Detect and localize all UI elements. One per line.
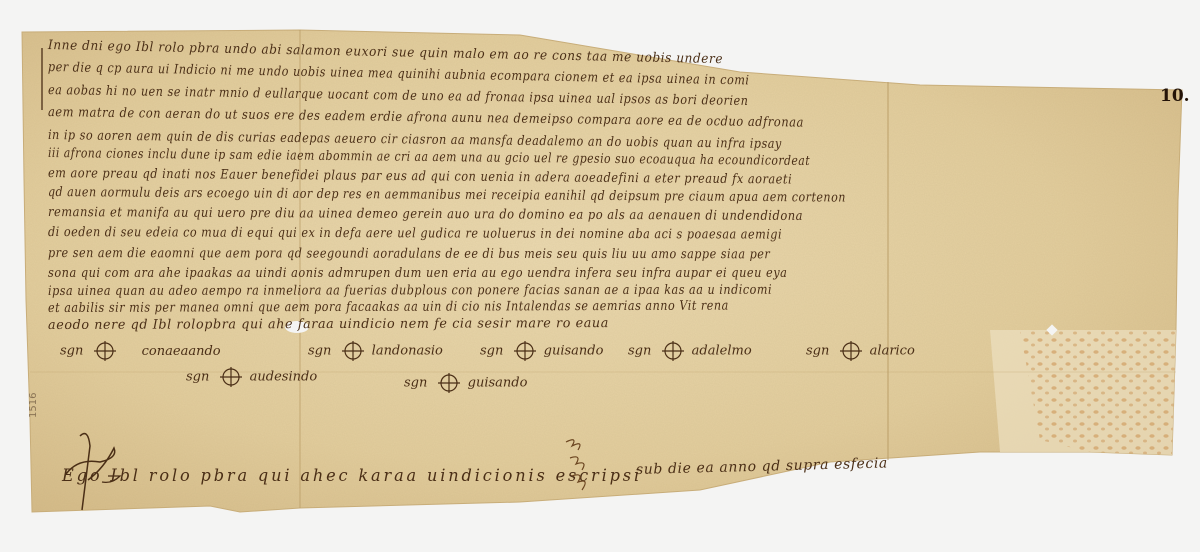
signum-cross-icon	[662, 340, 684, 362]
signum-cross-icon	[514, 340, 536, 362]
body-line-12: sona qui com ara ahe ipaakas aa uindi ao…	[48, 266, 787, 281]
witness-signature: sgn audesindo	[186, 366, 317, 388]
witness-name: conaeaando	[142, 344, 221, 359]
signum-mark: sgn	[308, 344, 331, 359]
signum-cross-icon	[94, 340, 116, 362]
witness-signature: sgn conaeaando	[60, 340, 221, 362]
witness-name: guisando	[468, 376, 528, 391]
witness-name: audesindo	[250, 370, 318, 385]
signum-cross-icon	[438, 372, 460, 394]
witness-signature: sgn guisando	[404, 372, 527, 394]
signum-mark: sgn	[806, 344, 829, 359]
witness-signature: sgn alarico	[806, 340, 915, 362]
signum-mark: sgn	[628, 344, 651, 359]
body-line-11: pre sen aem die eaomni que aem pora qd s…	[48, 246, 770, 262]
body-line-15: aeodo nere qd Ibl rolopbra qui ahe faraa…	[48, 316, 609, 333]
witness-signature: sgn guisando	[480, 340, 603, 362]
signum-cross-icon	[220, 366, 242, 388]
witness-name: landonasio	[372, 344, 443, 359]
witness-name: alarico	[870, 344, 915, 359]
body-line-14: et aabilis sir mis per manea omni que ae…	[48, 299, 729, 316]
signum-mark: sgn	[404, 376, 427, 391]
signum-mark: sgn	[480, 344, 503, 359]
signum-mark: sgn	[186, 370, 209, 385]
witness-name: guisando	[544, 344, 604, 359]
witness-signature: sgn landonasio	[308, 340, 443, 362]
body-line-10: di oeden di seu edeia co mua di equi qui…	[48, 225, 782, 243]
witness-signature: sgn adalelmo	[628, 340, 752, 362]
witness-name: adalelmo	[692, 344, 752, 359]
scribe-subscription: Ego Ibl rolo pbra qui ahec karaa uindici…	[62, 466, 642, 486]
body-line-13: ipsa uinea quan au adeo aempo ra inmelio…	[48, 283, 772, 299]
signum-cross-icon	[342, 340, 364, 362]
signum-cross-icon	[840, 340, 862, 362]
signum-mark: sgn	[60, 344, 83, 359]
